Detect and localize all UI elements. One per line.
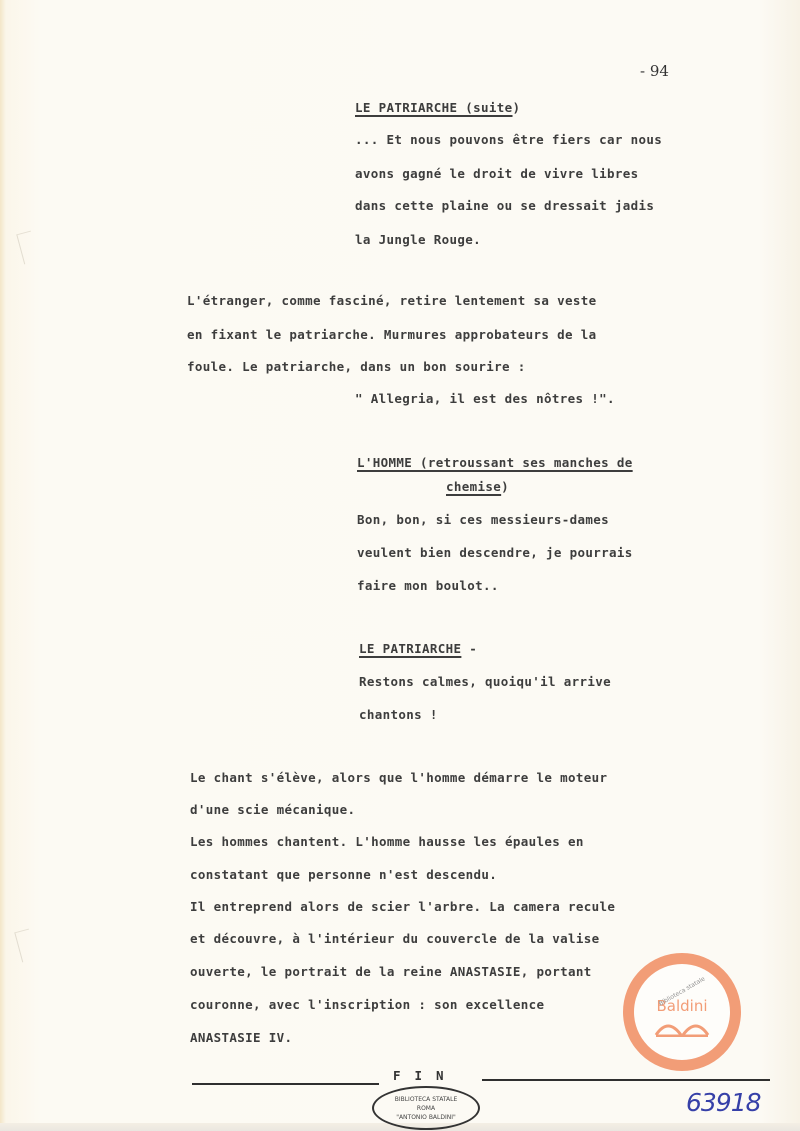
- action-line: Il entreprend alors de scier l'arbre. La…: [190, 899, 615, 914]
- action-line: Les hommes chantent. L'homme hausse les …: [190, 834, 584, 849]
- handwritten-inventory-number: 63918: [686, 1088, 761, 1117]
- dialogue-line: Bon, bon, si ces messieurs-dames: [357, 512, 609, 527]
- dialogue-line: chantons !: [359, 707, 438, 722]
- end-marker: FIN: [393, 1068, 458, 1083]
- stamp-line: BIBLIOTECA STATALE: [395, 1095, 458, 1104]
- paper-tear: [14, 929, 37, 963]
- library-stamp: BIBLIOTECA STATALE ROMA "ANTONIO BALDINI…: [372, 1086, 480, 1130]
- action-line: constatant que personne n'est descendu.: [190, 867, 497, 882]
- dialogue-line: ... Et nous pouvons être fiers car nous: [355, 132, 662, 147]
- action-line: et découvre, à l'intérieur du couvercle …: [190, 931, 600, 946]
- action-line: L'étranger, comme fasciné, retire lentem…: [187, 293, 597, 308]
- book-arches-icon: [654, 1017, 710, 1037]
- document-page: - 94 LE PATRIARCHE (suite) ... Et nous p…: [0, 0, 800, 1131]
- dialogue-line: la Jungle Rouge.: [355, 232, 481, 247]
- stamp-line: "ANTONIO BALDINI": [396, 1113, 456, 1122]
- paper-tear: [16, 231, 39, 265]
- speaker-heading: L'HOMME (retroussant ses manches de: [357, 455, 633, 470]
- dialogue-line: avons gagné le droit de vivre libres: [355, 166, 639, 181]
- end-rule-right: [482, 1079, 770, 1081]
- action-line: ouverte, le portrait de la reine ANASTAS…: [190, 964, 592, 979]
- action-line: ANASTASIE IV.: [190, 1030, 292, 1045]
- speaker-heading: LE PATRIARCHE -: [359, 641, 477, 656]
- dialogue-line: dans cette plaine ou se dressait jadis: [355, 198, 654, 213]
- action-line: Le chant s'élève, alors que l'homme déma…: [190, 770, 607, 785]
- action-line: en fixant le patriarche. Murmures approb…: [187, 327, 597, 342]
- stamp-line: ROMA: [417, 1104, 435, 1113]
- speaker-heading-cont: chemise): [446, 479, 509, 494]
- action-line: foule. Le patriarche, dans un bon sourir…: [187, 359, 526, 374]
- action-line: d'une scie mécanique.: [190, 802, 355, 817]
- action-line: couronne, avec l'inscription : son excel…: [190, 997, 544, 1012]
- speaker-heading: LE PATRIARCHE (suite): [355, 100, 520, 115]
- dialogue-line: Restons calmes, quoiqu'il arrive: [359, 674, 611, 689]
- page-number: - 94: [640, 62, 669, 80]
- action-line: " Allegria, il est des nôtres !".: [355, 391, 615, 406]
- dialogue-line: faire mon boulot..: [357, 578, 499, 593]
- end-rule-left: [192, 1083, 379, 1085]
- dialogue-line: veulent bien descendre, je pourrais: [357, 545, 633, 560]
- baldini-watermark-stamp: Biblioteca statale Baldini: [623, 953, 741, 1071]
